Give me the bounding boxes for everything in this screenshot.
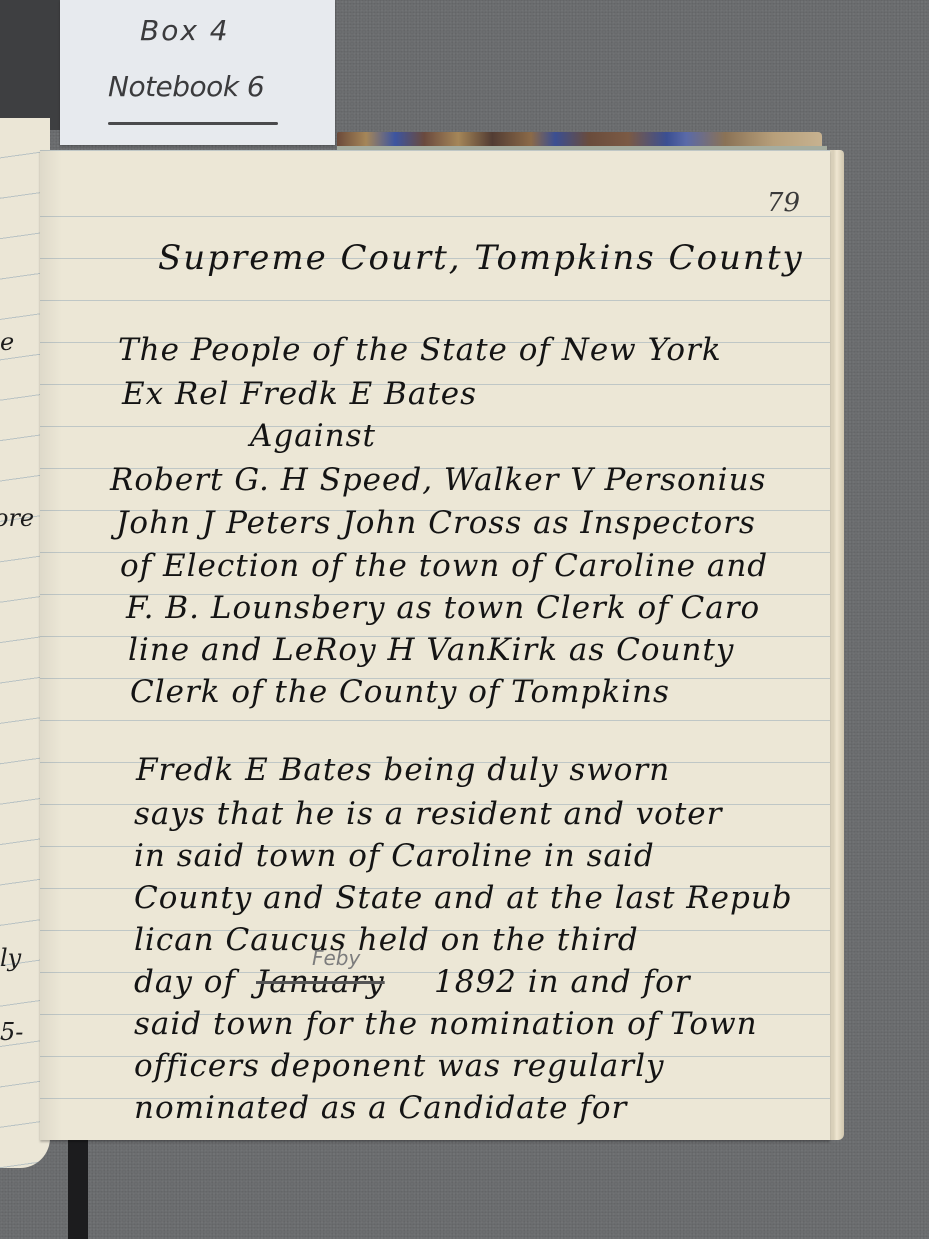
background-surface	[0, 0, 62, 130]
label-box-number: Box 4	[140, 14, 230, 47]
caption-line: Ex Rel Fredk E Bates	[122, 376, 477, 412]
caption-line: Against	[250, 418, 376, 454]
body-line: said town for the nomination of Town	[134, 1006, 758, 1042]
page-number: 79	[767, 188, 800, 218]
pencil-correction: Feby	[312, 946, 360, 970]
body-line: County and State and at the last Repub	[134, 880, 793, 916]
body-line: says that he is a resident and voter	[134, 796, 722, 832]
body-line: Fredk E Bates being duly sworn	[136, 752, 670, 788]
body-line: nominated as a Candidate for	[134, 1090, 627, 1126]
left-page-fragment: ly	[0, 944, 21, 972]
label-underline	[108, 122, 278, 125]
body-line: lican Caucus held on the third	[134, 922, 639, 958]
archive-label-card: Box 4 Notebook 6	[60, 0, 335, 145]
caption-line: John J Peters John Cross as Inspectors	[116, 505, 756, 541]
binding-shadow	[68, 1140, 88, 1239]
date-line-suffix: 1892 in and for	[434, 964, 691, 1000]
left-page-fragment: 5-	[0, 1018, 23, 1046]
date-line: day of January Feby 1892 in and for	[134, 964, 834, 1008]
left-page-fragment: e	[0, 328, 14, 356]
caption-line: Robert G. H Speed, Walker V Personius	[110, 462, 766, 498]
notebook-page: 79 Supreme Court, Tompkins County The Pe…	[40, 150, 830, 1140]
body-line: officers deponent was regularly	[134, 1048, 665, 1084]
caption-line: The People of the State of New York	[118, 332, 722, 368]
body-line: in said town of Caroline in said	[134, 838, 655, 874]
caption-line: line and LeRoy H VanKirk as County	[128, 632, 734, 668]
left-page-fragment: ore	[0, 504, 34, 532]
caption-line: F. B. Lounsbery as town Clerk of Caro	[126, 590, 760, 626]
caption-line: of Election of the town of Caroline and	[120, 548, 768, 584]
page-heading: Supreme Court, Tompkins County	[158, 238, 804, 278]
caption-line: Clerk of the County of Tompkins	[130, 674, 670, 710]
date-line-prefix: day of	[134, 964, 236, 1000]
label-notebook-number: Notebook 6	[108, 70, 264, 103]
